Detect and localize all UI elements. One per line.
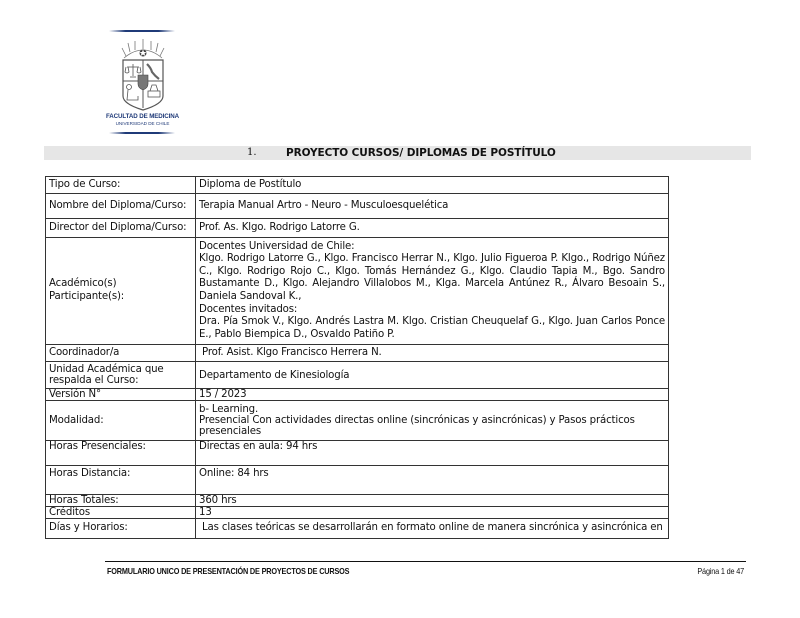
section-number: 1.	[247, 146, 257, 160]
table-row: Horas Distancia: Online: 84 hrs	[46, 466, 669, 495]
field-label: Académico(s) Participante(s):	[46, 238, 196, 345]
faculty-logo: FACULTAD DE MEDICINA UNIVERSIDAD DE CHIL…	[105, 26, 180, 136]
course-form-table: Tipo de Curso: Diploma de Postítulo Nomb…	[45, 176, 669, 539]
field-value: Diploma de Postítulo	[196, 177, 669, 194]
field-label: Modalidad:	[46, 401, 196, 441]
section-title: PROYECTO CURSOS/ DIPLOMAS DE POSTÍTULO	[286, 146, 556, 160]
table-row: Horas Presenciales: Directas en aula: 94…	[46, 441, 669, 466]
modality-line: b- Learning.	[199, 404, 665, 415]
logo-university-name: UNIVERSIDAD DE CHILE	[105, 121, 180, 126]
field-label: Horas Distancia:	[46, 466, 196, 495]
guest-group-title: Docentes invitados:	[199, 304, 665, 317]
field-value-text: Las clases teóricas se desarrollarán en …	[199, 522, 663, 533]
label-line: Académico(s)	[49, 278, 192, 291]
field-label: Coordinador/a	[46, 345, 196, 362]
table-row: Unidad Académica que respalda el Curso: …	[46, 362, 669, 389]
guest-group-members: Dra. Pía Smok V., Klgo. Andrés Lastra M.…	[199, 316, 665, 341]
field-value: Prof. Asist. Klgo Francisco Herrera N.	[196, 345, 669, 362]
field-label: Nombre del Diploma/Curso:	[46, 194, 196, 219]
field-label: Tipo de Curso:	[46, 177, 196, 194]
footer-form-title: FORMULARIO UNICO DE PRESENTACIÓN DE PROY…	[107, 566, 349, 576]
table-row: Horas Totales: 360 hrs	[46, 495, 669, 507]
field-value: b- Learning. Presencial Con actividades …	[196, 401, 669, 441]
modality-line: Presencial Con actividades directas onli…	[199, 415, 665, 437]
field-value: Departamento de Kinesiología	[196, 362, 669, 389]
footer-divider	[105, 561, 746, 562]
label-line: Participante(s):	[49, 291, 192, 304]
logo-bottom-rule	[109, 132, 175, 134]
field-label: Créditos	[46, 507, 196, 519]
field-label: Director del Diploma/Curso:	[46, 219, 196, 238]
table-row: Coordinador/a Prof. Asist. Klgo Francisc…	[46, 345, 669, 362]
field-value: Docentes Universidad de Chile: Klgo. Rod…	[196, 238, 669, 345]
field-value: Las clases teóricas se desarrollarán en …	[196, 519, 669, 539]
table-row: Tipo de Curso: Diploma de Postítulo	[46, 177, 669, 194]
university-coat-of-arms-icon	[118, 38, 168, 112]
field-value: 15 / 2023	[196, 389, 669, 401]
table-row: Versión N° 15 / 2023	[46, 389, 669, 401]
table-row: Modalidad: b- Learning. Presencial Con a…	[46, 401, 669, 441]
table-row: Días y Horarios: Las clases teóricas se …	[46, 519, 669, 539]
field-value: Directas en aula: 94 hrs	[196, 441, 669, 466]
table-row: Director del Diploma/Curso: Prof. As. Kl…	[46, 219, 669, 238]
field-label: Horas Totales:	[46, 495, 196, 507]
field-value: 360 hrs	[196, 495, 669, 507]
field-value: Online: 84 hrs	[196, 466, 669, 495]
table-row: Créditos 13	[46, 507, 669, 519]
label-line: Unidad Académica que	[49, 364, 192, 375]
field-value: 13	[196, 507, 669, 519]
field-label: Unidad Académica que respalda el Curso:	[46, 362, 196, 389]
logo-top-rule	[109, 30, 175, 32]
faculty-group-title: Docentes Universidad de Chile:	[199, 241, 665, 254]
field-value: Prof. As. Klgo. Rodrigo Latorre G.	[196, 219, 669, 238]
label-line: respalda el Curso:	[49, 375, 192, 386]
field-label: Días y Horarios:	[46, 519, 196, 539]
field-label: Horas Presenciales:	[46, 441, 196, 466]
faculty-group-members: Klgo. Rodrigo Latorre G., Klgo. Francisc…	[199, 253, 665, 303]
page-number: Página 1 de 47	[697, 566, 744, 576]
table-row: Académico(s) Participante(s): Docentes U…	[46, 238, 669, 345]
field-value: Terapia Manual Artro - Neuro - Musculoes…	[196, 194, 669, 219]
field-label: Versión N°	[46, 389, 196, 401]
table-row: Nombre del Diploma/Curso: Terapia Manual…	[46, 194, 669, 219]
logo-faculty-name: FACULTAD DE MEDICINA	[105, 113, 180, 120]
field-value-text: Prof. Asist. Klgo Francisco Herrera N.	[199, 347, 382, 358]
section-heading: 1. PROYECTO CURSOS/ DIPLOMAS DE POSTÍTUL…	[44, 146, 751, 160]
